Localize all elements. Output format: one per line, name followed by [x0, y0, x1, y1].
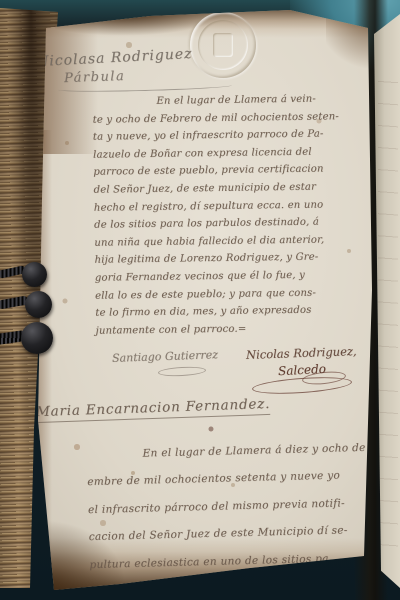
facing-page-faint-text [378, 74, 398, 554]
screw-head [25, 291, 52, 318]
signature-witness: Santiago Gutierrez [112, 348, 218, 365]
manuscript-line: te lo firmo en dia, mes, y año expresado… [95, 301, 341, 322]
entry1-body: En el lugar de Llamera á vein- te y ocho… [92, 90, 342, 340]
manuscript-photo: Nicolasa Rodriguez Párbula En el lugar d… [0, 0, 400, 600]
screw-head [21, 322, 53, 354]
register-page: Nicolasa Rodriguez Párbula En el lugar d… [0, 0, 400, 600]
signature-witness-flourish [158, 366, 206, 377]
embossed-seal [190, 12, 256, 78]
manuscript-line: juntamente con el parroco.= [95, 319, 341, 340]
screw-head [22, 262, 47, 287]
embossed-seal-motif [213, 33, 233, 57]
signature-priest-name: Nicolas Rodriguez, [246, 344, 357, 362]
entry2-body: En el lugar de Llamera á diez y ocho de … [86, 434, 400, 579]
entry2-title: Maria Encarnacion Fernandez. [36, 396, 271, 423]
entry1-title-note: Párbula [64, 69, 126, 86]
